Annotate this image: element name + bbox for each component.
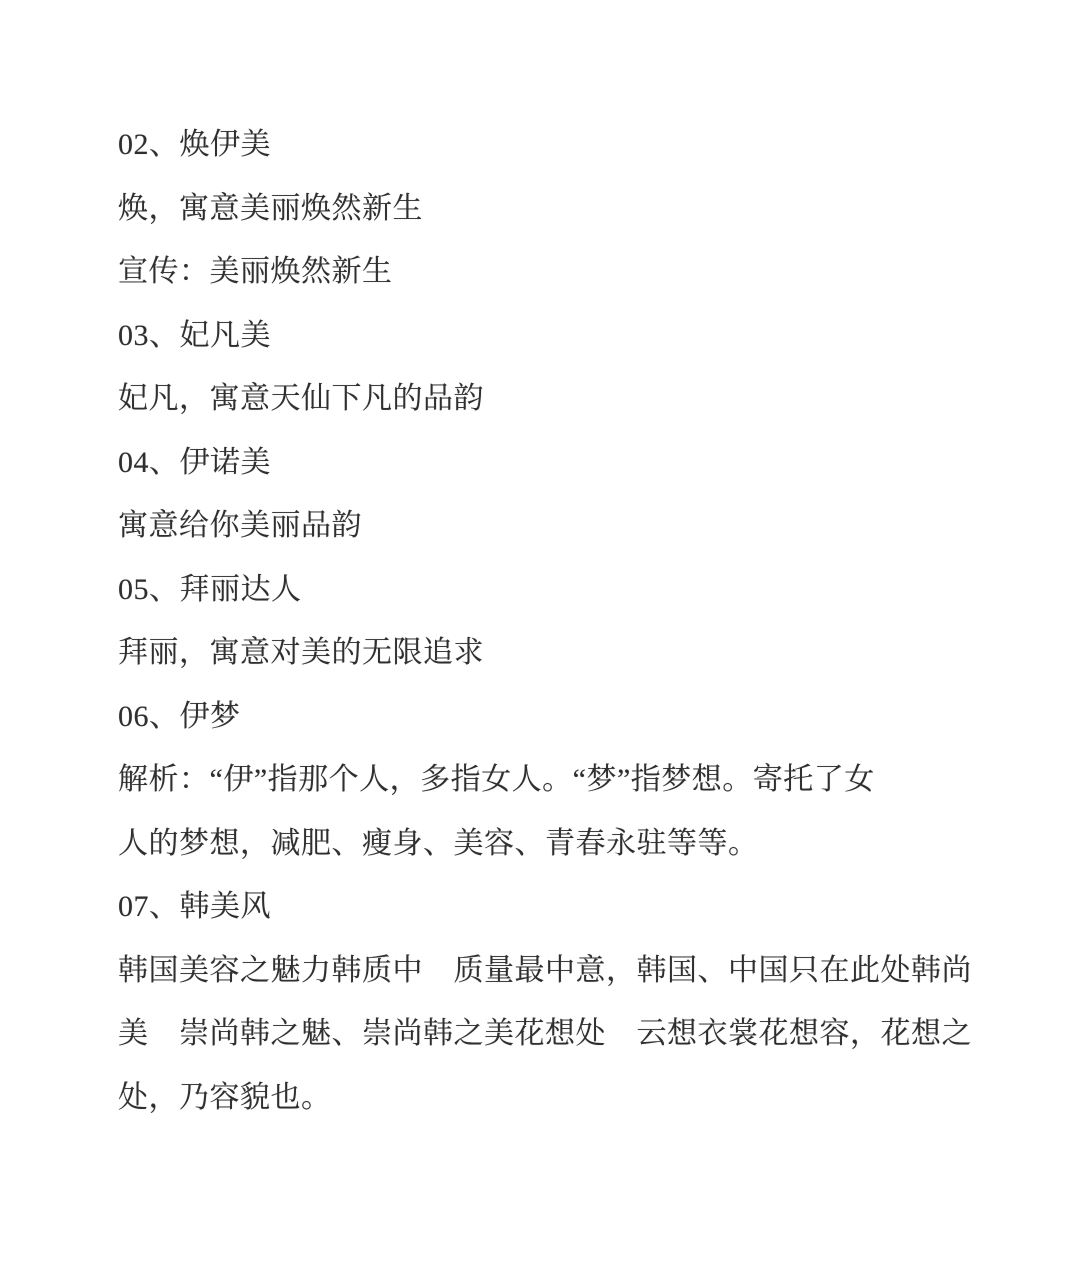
text-line-item-02-slogan: 宣传：美丽焕然新生 [118, 240, 988, 304]
text-line-item-05-meaning: 拜丽，寓意对美的无限追求 [118, 621, 988, 685]
text-line-item-03-title: 03、妃凡美 [118, 304, 988, 368]
text-line-item-04-title: 04、伊诺美 [118, 431, 988, 495]
text-line-item-07-desc-2: 美 崇尚韩之魅、崇尚韩之美花想处 云想衣裳花想容，花想之 [118, 1002, 988, 1066]
document-page: 02、焕伊美 焕，寓意美丽焕然新生 宣传：美丽焕然新生 03、妃凡美 妃凡，寓意… [0, 0, 1069, 1280]
text-line-item-06-title: 06、伊梦 [118, 685, 988, 749]
text-line-item-06-analysis-1: 解析：“伊”指那个人，多指女人。“梦”指梦想。寄托了女 [118, 748, 988, 812]
text-line-item-06-analysis-2: 人的梦想，减肥、瘦身、美容、青春永驻等等。 [118, 812, 988, 876]
text-line-item-02-title: 02、焕伊美 [118, 113, 988, 177]
text-line-item-04-meaning: 寓意给你美丽品韵 [118, 494, 988, 558]
text-line-item-03-meaning: 妃凡，寓意天仙下凡的品韵 [118, 367, 988, 431]
text-line-item-07-desc-3: 处，乃容貌也。 [118, 1066, 988, 1130]
text-line-item-07-title: 07、韩美风 [118, 875, 988, 939]
text-line-item-07-desc-1: 韩国美容之魅力韩质中 质量最中意，韩国、中国只在此处韩尚 [118, 939, 988, 1003]
text-line-item-05-title: 05、拜丽达人 [118, 558, 988, 622]
text-line-item-02-meaning: 焕，寓意美丽焕然新生 [118, 177, 988, 241]
text-block: 02、焕伊美 焕，寓意美丽焕然新生 宣传：美丽焕然新生 03、妃凡美 妃凡，寓意… [118, 113, 988, 1129]
